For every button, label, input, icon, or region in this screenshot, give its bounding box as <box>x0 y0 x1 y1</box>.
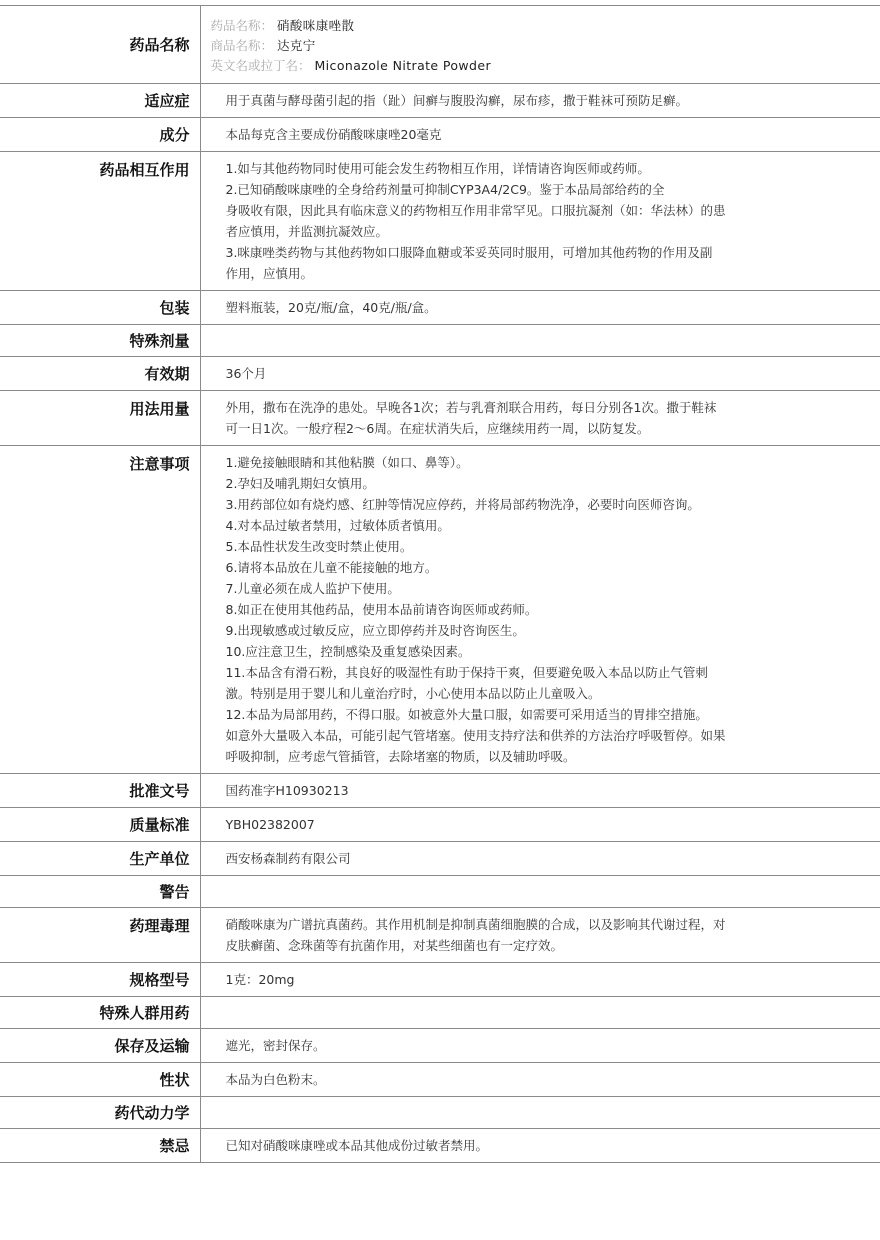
label-drug-name: 药品名称 <box>0 6 200 84</box>
text-line: 已知对硝酸咪康唑或本品其他成份过敏者禁用。 <box>226 1135 880 1156</box>
value-quality-standard: YBH02382007 <box>200 808 880 842</box>
row-special-population: 特殊人群用药 <box>0 997 880 1029</box>
generic-name-key: 药品名称： <box>211 18 274 33</box>
text-line: 1.如与其他药物同时使用可能会发生药物相互作用，详情请咨询医师或药师。 <box>226 158 880 179</box>
value-warning <box>200 876 880 908</box>
drug-info-sheet: 药品名称 药品名称： 硝酸咪康唑散 商品名称： 达克宁 英文名或拉丁名： Mic… <box>0 5 880 1163</box>
text-line: 本品为白色粉末。 <box>226 1069 880 1090</box>
text-line: 可一日1次。一般疗程2～6周。在症状消失后，应继续用药一周，以防复发。 <box>226 418 880 439</box>
label-composition: 成分 <box>0 118 200 152</box>
english-name: Miconazole Nitrate Powder <box>315 58 492 73</box>
text-line: 塑料瓶装，20克/瓶/盒，40克/瓶/盒。 <box>226 297 880 318</box>
label-storage: 保存及运输 <box>0 1029 200 1063</box>
label-indications: 适应症 <box>0 84 200 118</box>
text-line: 6.请将本品放在儿童不能接触的地方。 <box>226 557 880 578</box>
text-line: 者应慎用，并监测抗凝效应。 <box>226 221 880 242</box>
row-manufacturer: 生产单位 西安杨森制药有限公司 <box>0 842 880 876</box>
value-precautions: 1.避免接触眼睛和其他粘膜（如口、鼻等）。 2.孕妇及哺乳期妇女慎用。 3.用药… <box>200 446 880 774</box>
value-pharmacokinetics <box>200 1097 880 1129</box>
label-usage: 用法用量 <box>0 391 200 446</box>
value-drug-name: 药品名称： 硝酸咪康唑散 商品名称： 达克宁 英文名或拉丁名： Miconazo… <box>200 6 880 84</box>
label-packaging: 包装 <box>0 291 200 325</box>
label-quality-standard: 质量标准 <box>0 808 200 842</box>
row-appearance: 性状 本品为白色粉末。 <box>0 1063 880 1097</box>
text-line: 本品每克含主要成份硝酸咪康唑20毫克 <box>226 124 880 145</box>
value-special-population <box>200 997 880 1029</box>
english-name-key: 英文名或拉丁名： <box>211 58 311 73</box>
label-manufacturer: 生产单位 <box>0 842 200 876</box>
label-shelf-life: 有效期 <box>0 357 200 391</box>
text-line: 1克：20mg <box>226 969 880 990</box>
row-quality-standard: 质量标准 YBH02382007 <box>0 808 880 842</box>
text-line: 11.本品含有滑石粉，其良好的吸湿性有助于保持干爽，但要避免吸入本品以防止气管刺 <box>226 662 880 683</box>
label-appearance: 性状 <box>0 1063 200 1097</box>
value-packaging: 塑料瓶装，20克/瓶/盒，40克/瓶/盒。 <box>200 291 880 325</box>
text-line: 激。特别是用于婴儿和儿童治疗时，小心使用本品以防止儿童吸入。 <box>226 683 880 704</box>
row-special-dosage: 特殊剂量 <box>0 325 880 357</box>
text-line: YBH02382007 <box>226 814 880 835</box>
row-packaging: 包装 塑料瓶装，20克/瓶/盒，40克/瓶/盒。 <box>0 291 880 325</box>
text-line: 国药准字H10930213 <box>226 780 880 801</box>
text-line: 呼吸抑制，应考虑气管插管，去除堵塞的物质，以及辅助呼吸。 <box>226 746 880 767</box>
text-line: 2.孕妇及哺乳期妇女慎用。 <box>226 473 880 494</box>
text-line: 5.本品性状发生改变时禁止使用。 <box>226 536 880 557</box>
value-composition: 本品每克含主要成份硝酸咪康唑20毫克 <box>200 118 880 152</box>
text-line: 身吸收有限，因此具有临床意义的药物相互作用非常罕见。口服抗凝剂（如：华法林）的患 <box>226 200 880 221</box>
value-manufacturer: 西安杨森制药有限公司 <box>200 842 880 876</box>
text-line: 4.对本品过敏者禁用，过敏体质者慎用。 <box>226 515 880 536</box>
label-specification: 规格型号 <box>0 963 200 997</box>
value-special-dosage <box>200 325 880 357</box>
label-approval-number: 批准文号 <box>0 774 200 808</box>
english-name-row: 英文名或拉丁名： Miconazole Nitrate Powder <box>211 56 880 76</box>
text-line: 36个月 <box>226 363 880 384</box>
value-storage: 遮光，密封保存。 <box>200 1029 880 1063</box>
label-pharmacology: 药理毒理 <box>0 908 200 963</box>
value-specification: 1克：20mg <box>200 963 880 997</box>
row-specification: 规格型号 1克：20mg <box>0 963 880 997</box>
generic-name-row: 药品名称： 硝酸咪康唑散 <box>211 16 880 36</box>
trade-name-key: 商品名称： <box>211 38 274 53</box>
row-approval-number: 批准文号 国药准字H10930213 <box>0 774 880 808</box>
text-line: 8.如正在使用其他药品，使用本品前请咨询医师或药师。 <box>226 599 880 620</box>
generic-name: 硝酸咪康唑散 <box>277 18 354 33</box>
text-line: 7.儿童必须在成人监护下使用。 <box>226 578 880 599</box>
row-composition: 成分 本品每克含主要成份硝酸咪康唑20毫克 <box>0 118 880 152</box>
text-line: 3.用药部位如有烧灼感、红肿等情况应停药，并将局部药物洗净，必要时向医师咨询。 <box>226 494 880 515</box>
text-line: 用于真菌与酵母菌引起的指（趾）间癣与腹股沟癣，尿布疹，撒于鞋袜可预防足癣。 <box>226 90 880 111</box>
trade-name-row: 商品名称： 达克宁 <box>211 36 880 56</box>
row-indications: 适应症 用于真菌与酵母菌引起的指（趾）间癣与腹股沟癣，尿布疹，撒于鞋袜可预防足癣… <box>0 84 880 118</box>
row-shelf-life: 有效期 36个月 <box>0 357 880 391</box>
row-usage: 用法用量 外用，撒布在洗净的患处。早晚各1次；若与乳膏剂联合用药，每日分别各1次… <box>0 391 880 446</box>
trade-name: 达克宁 <box>277 38 316 53</box>
text-line: 9.出现敏感或过敏反应，应立即停药并及时咨询医生。 <box>226 620 880 641</box>
value-approval-number: 国药准字H10930213 <box>200 774 880 808</box>
text-line: 西安杨森制药有限公司 <box>226 848 880 869</box>
text-line: 10.应注意卫生，控制感染及重复感染因素。 <box>226 641 880 662</box>
label-special-dosage: 特殊剂量 <box>0 325 200 357</box>
text-line: 3.咪康唑类药物与其他药物如口服降血糖或苯妥英同时服用，可增加其他药物的作用及副 <box>226 242 880 263</box>
label-special-population: 特殊人群用药 <box>0 997 200 1029</box>
value-appearance: 本品为白色粉末。 <box>200 1063 880 1097</box>
label-interactions: 药品相互作用 <box>0 152 200 291</box>
text-line: 2.已知硝酸咪康唑的全身给药剂量可抑制CYP3A4/2C9。鉴于本品局部给药的全 <box>226 179 880 200</box>
value-shelf-life: 36个月 <box>200 357 880 391</box>
row-interactions: 药品相互作用 1.如与其他药物同时使用可能会发生药物相互作用，详情请咨询医师或药… <box>0 152 880 291</box>
text-line: 遮光，密封保存。 <box>226 1035 880 1056</box>
label-contraindications: 禁忌 <box>0 1129 200 1163</box>
text-line: 如意外大量吸入本品，可能引起气管堵塞。使用支持疗法和供养的方法治疗呼吸暂停。如果 <box>226 725 880 746</box>
row-warning: 警告 <box>0 876 880 908</box>
value-indications: 用于真菌与酵母菌引起的指（趾）间癣与腹股沟癣，尿布疹，撒于鞋袜可预防足癣。 <box>200 84 880 118</box>
row-contraindications: 禁忌 已知对硝酸咪康唑或本品其他成份过敏者禁用。 <box>0 1129 880 1163</box>
row-pharmacokinetics: 药代动力学 <box>0 1097 880 1129</box>
text-line: 皮肤癣菌、念珠菌等有抗菌作用，对某些细菌也有一定疗效。 <box>226 935 880 956</box>
text-line: 作用，应慎用。 <box>226 263 880 284</box>
drug-info-table: 药品名称 药品名称： 硝酸咪康唑散 商品名称： 达克宁 英文名或拉丁名： Mic… <box>0 5 880 1163</box>
row-drug-name: 药品名称 药品名称： 硝酸咪康唑散 商品名称： 达克宁 英文名或拉丁名： Mic… <box>0 6 880 84</box>
text-line: 外用，撒布在洗净的患处。早晚各1次；若与乳膏剂联合用药，每日分别各1次。撒于鞋袜 <box>226 397 880 418</box>
value-interactions: 1.如与其他药物同时使用可能会发生药物相互作用，详情请咨询医师或药师。 2.已知… <box>200 152 880 291</box>
text-line: 12.本品为局部用药，不得口服。如被意外大量口服，如需要可采用适当的胃排空措施。 <box>226 704 880 725</box>
label-warning: 警告 <box>0 876 200 908</box>
value-pharmacology: 硝酸咪康为广谱抗真菌药。其作用机制是抑制真菌细胞膜的合成，以及影响其代谢过程，对… <box>200 908 880 963</box>
label-precautions: 注意事项 <box>0 446 200 774</box>
row-storage: 保存及运输 遮光，密封保存。 <box>0 1029 880 1063</box>
value-contraindications: 已知对硝酸咪康唑或本品其他成份过敏者禁用。 <box>200 1129 880 1163</box>
label-pharmacokinetics: 药代动力学 <box>0 1097 200 1129</box>
text-line: 1.避免接触眼睛和其他粘膜（如口、鼻等）。 <box>226 452 880 473</box>
value-usage: 外用，撒布在洗净的患处。早晚各1次；若与乳膏剂联合用药，每日分别各1次。撒于鞋袜… <box>200 391 880 446</box>
text-line: 硝酸咪康为广谱抗真菌药。其作用机制是抑制真菌细胞膜的合成，以及影响其代谢过程，对 <box>226 914 880 935</box>
row-pharmacology: 药理毒理 硝酸咪康为广谱抗真菌药。其作用机制是抑制真菌细胞膜的合成，以及影响其代… <box>0 908 880 963</box>
row-precautions: 注意事项 1.避免接触眼睛和其他粘膜（如口、鼻等）。 2.孕妇及哺乳期妇女慎用。… <box>0 446 880 774</box>
